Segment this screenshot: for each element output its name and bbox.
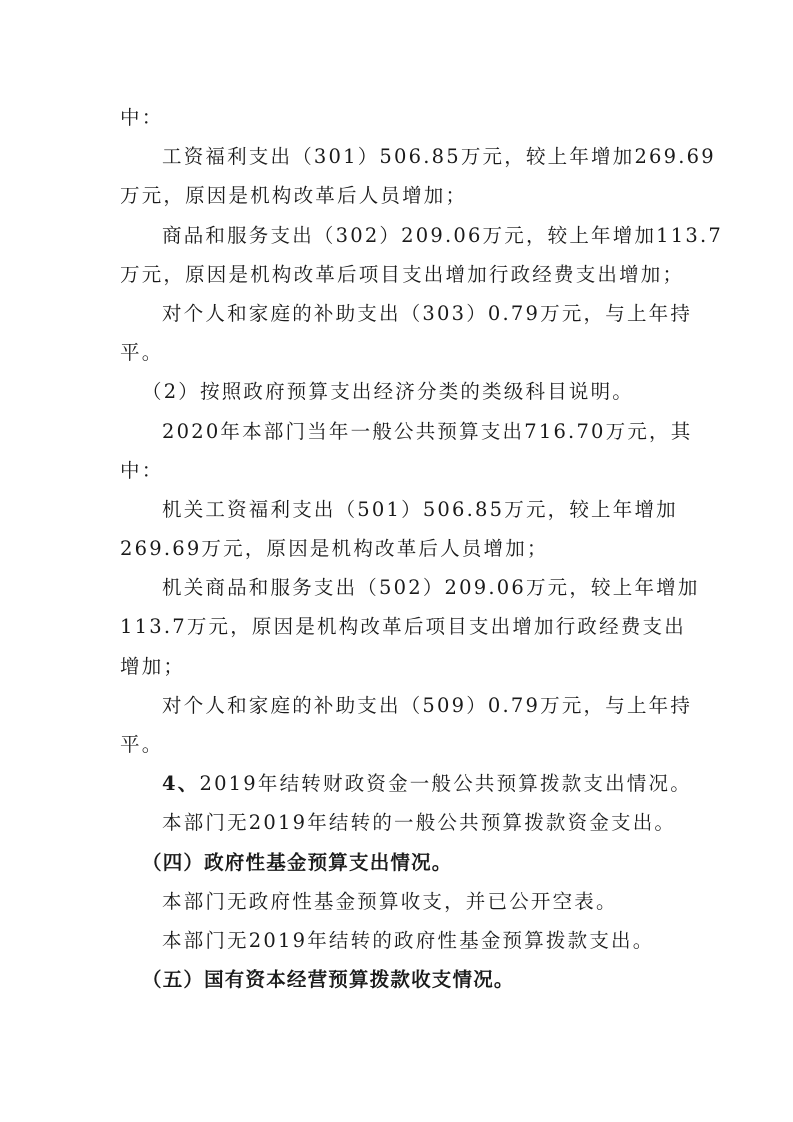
paragraph-line: 113.7万元，原因是机构改革后项目支出增加行政经费支出 <box>120 612 670 651</box>
paragraph-line: 中： <box>120 456 670 495</box>
document-page: 中： 工资福利支出（301）506.85万元，较上年增加269.69 万元，原因… <box>120 103 670 1004</box>
paragraph-line: 万元，原因是机构改革后项目支出增加行政经费支出增加； <box>120 260 670 299</box>
paragraph-line: 工资福利支出（301）506.85万元，较上年增加269.69 <box>120 142 670 181</box>
paragraph-line: 对个人和家庭的补助支出（303）0.79万元，与上年持 <box>120 299 670 338</box>
paragraph-line: 2020年本部门当年一般公共预算支出716.70万元，其 <box>120 417 670 456</box>
paragraph-line: 商品和服务支出（302）209.06万元，较上年增加113.7 <box>120 221 670 260</box>
paragraph-line: 平。 <box>120 338 670 377</box>
paragraph-line: 269.69万元，原因是机构改革后人员增加； <box>120 534 670 573</box>
paragraph-line: 万元，原因是机构改革后人员增加； <box>120 181 670 220</box>
paragraph-line: 机关工资福利支出（501）506.85万元，较上年增加 <box>120 495 670 534</box>
paragraph-line: 对个人和家庭的补助支出（509）0.79万元，与上年持 <box>120 691 670 730</box>
paragraph-line: 本部门无2019年结转的一般公共预算拨款资金支出。 <box>120 808 670 847</box>
paragraph-line: 平。 <box>120 730 670 769</box>
paragraph-line: 本部门无政府性基金预算收支，并已公开空表。 <box>120 887 670 926</box>
paragraph-line: 中： <box>120 103 670 142</box>
paragraph-line: 机关商品和服务支出（502）209.06万元，较上年增加 <box>120 573 670 612</box>
section-number: 4、 <box>162 772 199 795</box>
section-subheading: （2）按照政府预算支出经济分类的类级科目说明。 <box>120 377 670 416</box>
section-heading-five: （五）国有资本经营预算拨款收支情况。 <box>120 965 670 1004</box>
section-heading-four: （四）政府性基金预算支出情况。 <box>120 848 670 887</box>
paragraph-line: 增加； <box>120 652 670 691</box>
paragraph-line: 本部门无2019年结转的政府性基金预算拨款支出。 <box>120 926 670 965</box>
section-heading-4: 4、2019年结转财政资金一般公共预算拨款支出情况。 <box>120 769 670 808</box>
section-title: 2019年结转财政资金一般公共预算拨款支出情况。 <box>199 772 691 795</box>
